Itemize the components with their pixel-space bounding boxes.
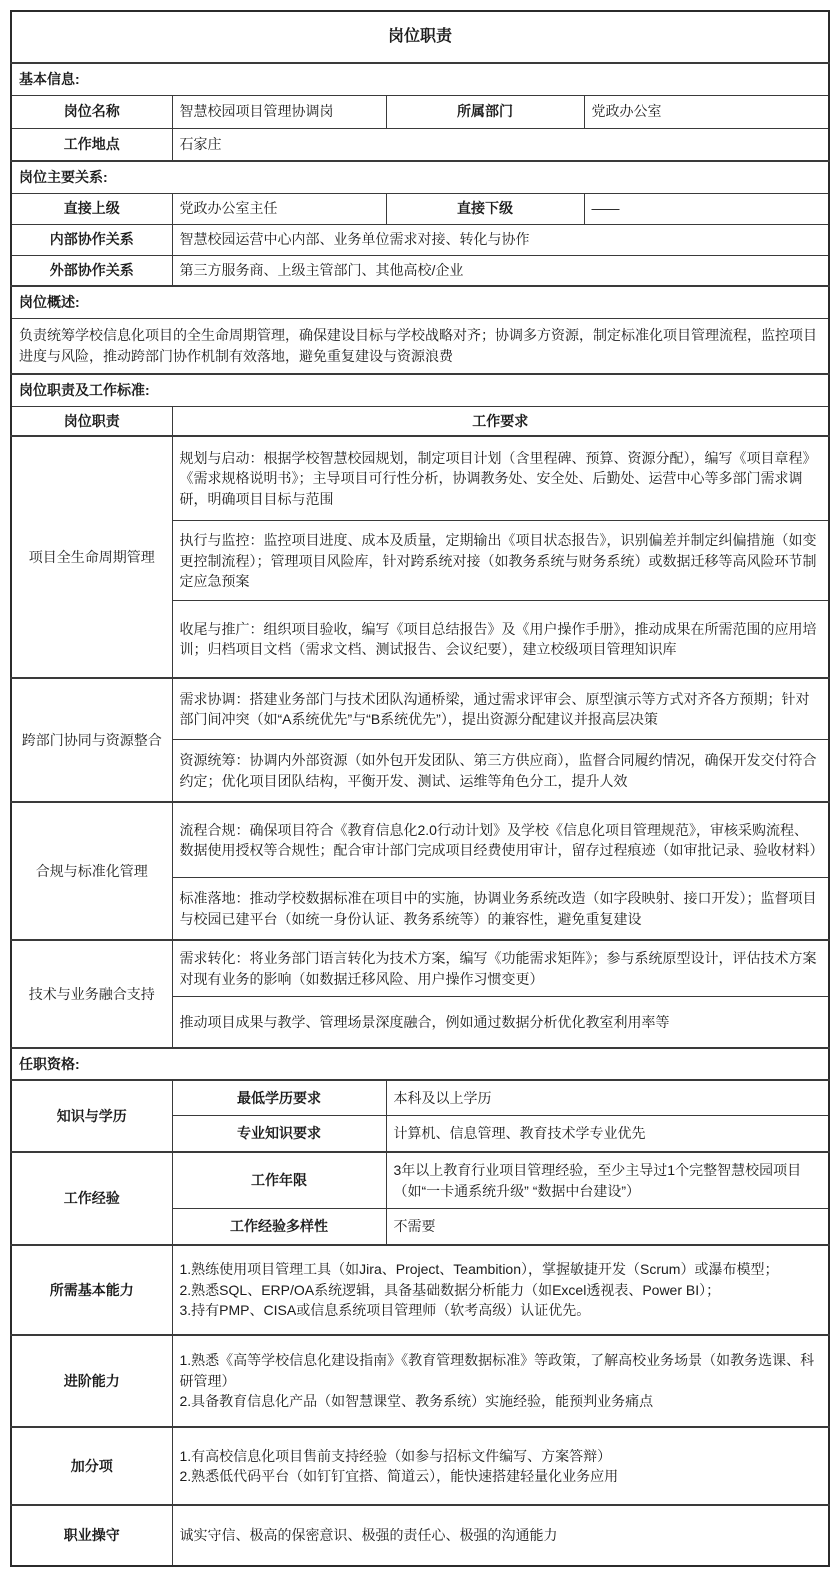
qual-row-value: 1.熟练使用项目管理工具（如Jira、Project、Teambition），掌… (172, 1245, 829, 1335)
section-qualifications: 任职资格: (11, 1048, 829, 1080)
qual-sub-label: 工作经验多样性 (172, 1209, 386, 1245)
qual-sub-value: 计算机、信息管理、教育技术学专业优先 (386, 1116, 829, 1152)
qual-group-education: 知识与学历 最低学历要求 本科及以上学历 (11, 1080, 829, 1116)
row-internal-relations: 内部协作关系 智慧校园运营中心内部、业务单位需求对接、转化与协作 (11, 224, 829, 255)
duty-item: 需求协调：搭建业务部门与技术团队沟通桥梁，通过需求评审会、原型演示等方式对齐各方… (172, 678, 829, 740)
supervisor-label: 直接上级 (11, 193, 172, 224)
duty-group-lifecycle: 项目全生命周期管理 规划与启动：根据学校智慧校园规划，制定项目计划（含里程碑、预… (11, 436, 829, 521)
location-value: 石家庄 (172, 128, 829, 161)
qual-sub-label: 最低学历要求 (172, 1080, 386, 1116)
qual-row-label: 加分项 (11, 1427, 172, 1505)
section-overview: 岗位概述: (11, 286, 829, 318)
section-duties: 岗位职责及工作标准: (11, 374, 829, 406)
internal-relations-label: 内部协作关系 (11, 224, 172, 255)
duty-group-label: 项目全生命周期管理 (11, 436, 172, 678)
qual-sub-label: 工作年限 (172, 1152, 386, 1209)
qual-group-label: 工作经验 (11, 1152, 172, 1245)
duties-col2-header: 工作要求 (172, 406, 829, 436)
qual-row-label: 进阶能力 (11, 1335, 172, 1427)
qual-sub-value: 不需要 (386, 1209, 829, 1245)
job-description-table: 岗位职责 基本信息: 岗位名称 智慧校园项目管理协调岗 所属部门 党政办公室 工… (10, 10, 830, 1567)
row-position-name: 岗位名称 智慧校园项目管理协调岗 所属部门 党政办公室 (11, 95, 829, 128)
row-external-relations: 外部协作关系 第三方服务商、上级主管部门、其他高校/企业 (11, 255, 829, 286)
department-value: 党政办公室 (584, 95, 829, 128)
qual-basic-abilities: 所需基本能力 1.熟练使用项目管理工具（如Jira、Project、Teambi… (11, 1245, 829, 1335)
duty-item: 流程合规：确保项目符合《教育信息化2.0行动计划》及学校《信息化项目管理规范》，… (172, 802, 829, 878)
section-header-duties: 岗位职责及工作标准: (11, 374, 829, 406)
section-relations: 岗位主要关系: (11, 161, 829, 193)
qual-sub-value: 本科及以上学历 (386, 1080, 829, 1116)
duty-group-cross-dept: 跨部门协同与资源整合 需求协调：搭建业务部门与技术团队沟通桥梁，通过需求评审会、… (11, 678, 829, 740)
duty-item: 推动项目成果与教学、管理场景深度融合，例如通过数据分析优化教室利用率等 (172, 997, 829, 1048)
external-relations-label: 外部协作关系 (11, 255, 172, 286)
title-row: 岗位职责 (11, 11, 829, 63)
duty-item: 需求转化：将业务部门语言转化为技术方案，编写《功能需求矩阵》；参与系统原型设计，… (172, 940, 829, 997)
qual-bonus-items: 加分项 1.有高校信息化项目售前支持经验（如参与招标文件编写、方案答辩） 2.熟… (11, 1427, 829, 1505)
qual-group-label: 知识与学历 (11, 1080, 172, 1152)
duty-item: 规划与启动：根据学校智慧校园规划，制定项目计划（含里程碑、预算、资源分配），编写… (172, 436, 829, 521)
row-supervisor: 直接上级 党政办公室主任 直接下级 —— (11, 193, 829, 224)
qual-row-value: 诚实守信、极高的保密意识、极强的责任心、极强的沟通能力 (172, 1505, 829, 1566)
duties-col1-header: 岗位职责 (11, 406, 172, 436)
qual-group-experience: 工作经验 工作年限 3年以上教育行业项目管理经验，至少主导过1个完整智慧校园项目… (11, 1152, 829, 1209)
section-header-basic-info: 基本信息: (11, 63, 829, 95)
subordinate-value: —— (584, 193, 829, 224)
duties-header-row: 岗位职责 工作要求 (11, 406, 829, 436)
page-title: 岗位职责 (11, 11, 829, 63)
subordinate-label: 直接下级 (386, 193, 584, 224)
position-name-label: 岗位名称 (11, 95, 172, 128)
duty-item: 标准落地：推动学校数据标准在项目中的实施，协调业务系统改造（如字段映射、接口开发… (172, 878, 829, 940)
qual-sub-value: 3年以上教育行业项目管理经验，至少主导过1个完整智慧校园项目（如“一卡通系统升级… (386, 1152, 829, 1209)
department-label: 所属部门 (386, 95, 584, 128)
external-relations-value: 第三方服务商、上级主管部门、其他高校/企业 (172, 255, 829, 286)
duty-group-label: 技术与业务融合支持 (11, 940, 172, 1048)
section-header-overview: 岗位概述: (11, 286, 829, 318)
qual-row-value: 1.熟悉《高等学校信息化建设指南》《教育管理数据标准》等政策，了解高校业务场景（… (172, 1335, 829, 1427)
position-name-value: 智慧校园项目管理协调岗 (172, 95, 386, 128)
duty-group-label: 跨部门协同与资源整合 (11, 678, 172, 802)
qual-row-label: 所需基本能力 (11, 1245, 172, 1335)
job-description-document: 岗位职责 基本信息: 岗位名称 智慧校园项目管理协调岗 所属部门 党政办公室 工… (0, 0, 838, 1577)
overview-text: 负责统筹学校信息化项目的全生命周期管理，确保建设目标与学校战略对齐；协调多方资源… (11, 318, 829, 374)
location-label: 工作地点 (11, 128, 172, 161)
qual-professional-ethics: 职业操守 诚实守信、极高的保密意识、极强的责任心、极强的沟通能力 (11, 1505, 829, 1566)
qual-sub-label: 专业知识要求 (172, 1116, 386, 1152)
duty-item: 资源统筹：协调内外部资源（如外包开发团队、第三方供应商），监督合同履约情况，确保… (172, 740, 829, 802)
duty-item: 执行与监控：监控项目进度、成本及质量，定期输出《项目状态报告》，识别偏差并制定纠… (172, 521, 829, 601)
row-overview-text: 负责统筹学校信息化项目的全生命周期管理，确保建设目标与学校战略对齐；协调多方资源… (11, 318, 829, 374)
duty-group-compliance: 合规与标准化管理 流程合规：确保项目符合《教育信息化2.0行动计划》及学校《信息… (11, 802, 829, 878)
qual-row-value: 1.有高校信息化项目售前支持经验（如参与招标文件编写、方案答辩） 2.熟悉低代码… (172, 1427, 829, 1505)
supervisor-value: 党政办公室主任 (172, 193, 386, 224)
qual-row-label: 职业操守 (11, 1505, 172, 1566)
qual-advanced-abilities: 进阶能力 1.熟悉《高等学校信息化建设指南》《教育管理数据标准》等政策，了解高校… (11, 1335, 829, 1427)
row-location: 工作地点 石家庄 (11, 128, 829, 161)
duty-group-label: 合规与标准化管理 (11, 802, 172, 940)
section-header-relations: 岗位主要关系: (11, 161, 829, 193)
duty-group-tech-business: 技术与业务融合支持 需求转化：将业务部门语言转化为技术方案，编写《功能需求矩阵》… (11, 940, 829, 997)
internal-relations-value: 智慧校园运营中心内部、业务单位需求对接、转化与协作 (172, 224, 829, 255)
section-header-qualifications: 任职资格: (11, 1048, 829, 1080)
duty-item: 收尾与推广：组织项目验收，编写《项目总结报告》及《用户操作手册》，推动成果在所需… (172, 601, 829, 678)
section-basic-info: 基本信息: (11, 63, 829, 95)
